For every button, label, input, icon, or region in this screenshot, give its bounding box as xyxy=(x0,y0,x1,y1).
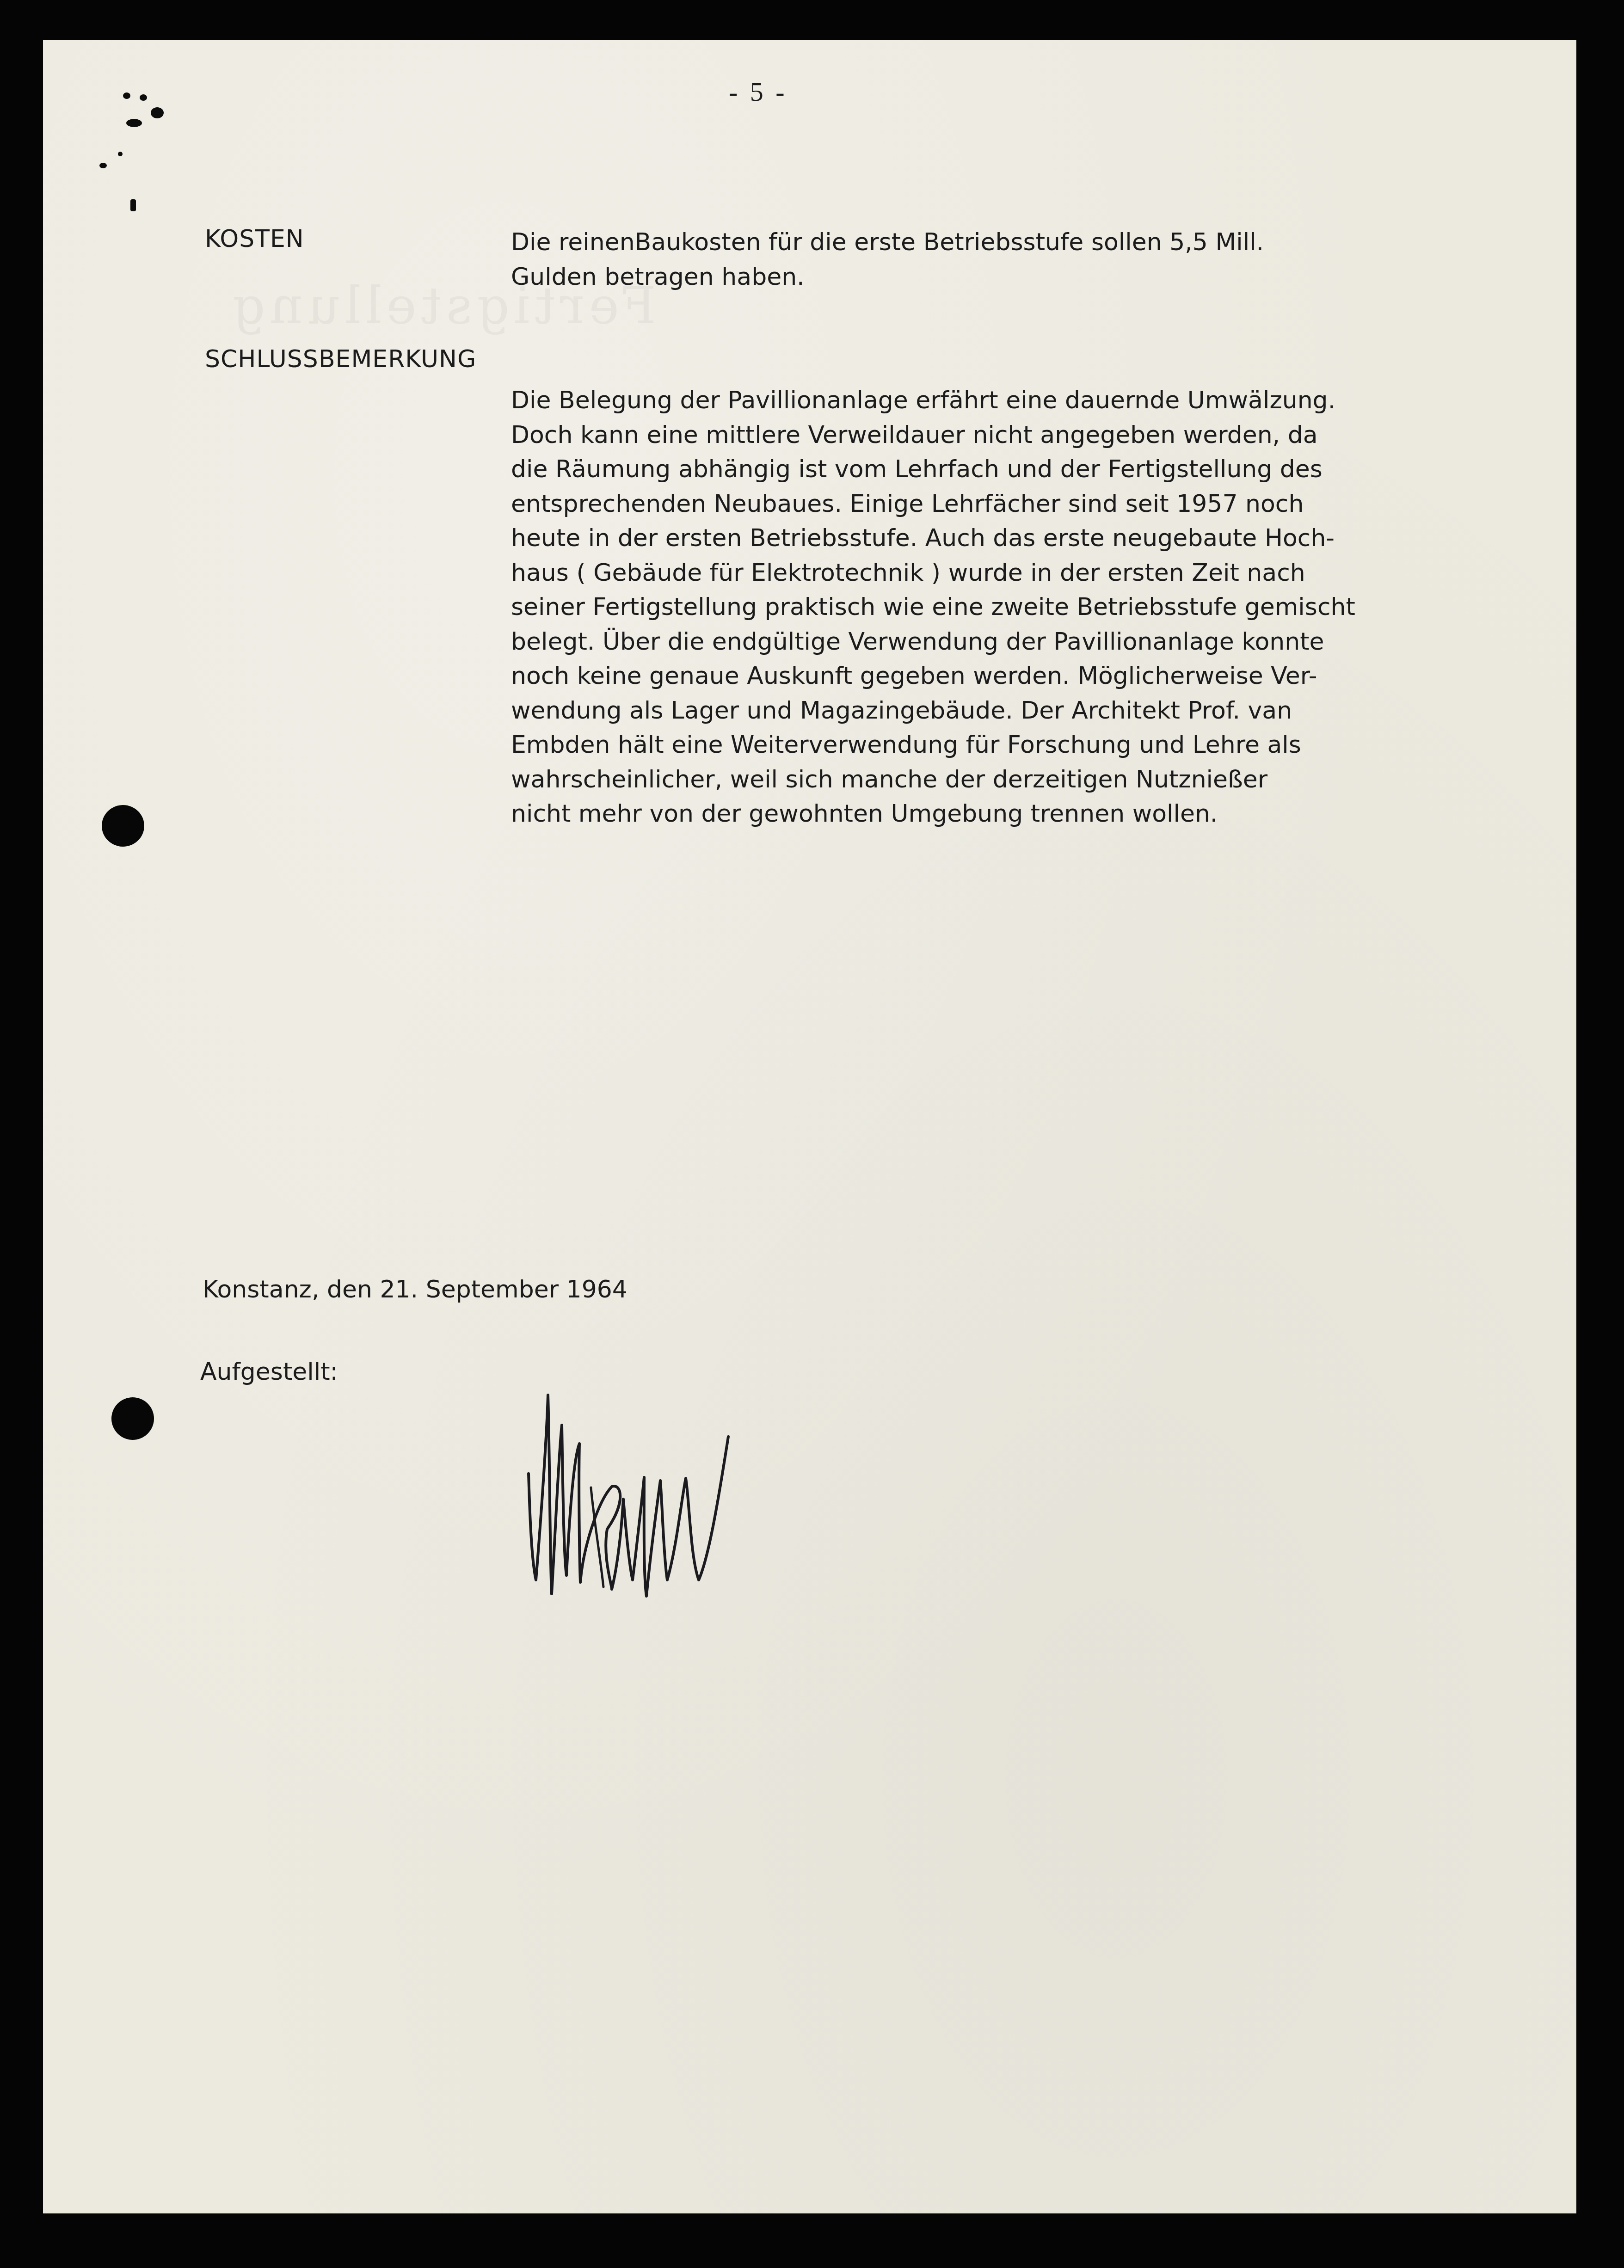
text-line: Gulden betragen haben. xyxy=(511,260,1264,295)
paper-speck xyxy=(130,199,136,211)
paper-speck xyxy=(151,107,164,118)
text-line: Die Belegung der Pavillionanlage erfährt… xyxy=(511,383,1355,418)
place-and-date: Konstanz, den 21. September 1964 xyxy=(203,1276,627,1303)
section-text-schlussbemerkung: Die Belegung der Pavillionanlage erfährt… xyxy=(511,383,1355,831)
paper-speck xyxy=(140,94,147,101)
document-page: Fertigstellung - 5 - KOSTEN Die reinenBa… xyxy=(43,40,1576,2213)
text-line: seiner Fertigstellung praktisch wie eine… xyxy=(511,590,1355,625)
paper-speck xyxy=(126,119,142,127)
text-line: wahrscheinlicher, weil sich manche der d… xyxy=(511,762,1355,797)
signature xyxy=(505,1363,922,1622)
text-line: Doch kann eine mittlere Verweildauer nic… xyxy=(511,418,1355,453)
text-line: noch keine genaue Auskunft gegeben werde… xyxy=(511,659,1355,694)
punch-hole-top xyxy=(102,805,144,847)
paper-speck xyxy=(118,152,123,156)
text-line: wendung als Lager und Magazingebäude. De… xyxy=(511,694,1355,728)
section-label-schlussbemerkung: SCHLUSSBEMERKUNG xyxy=(205,345,476,373)
text-line: nicht mehr von der gewohnten Umgebung tr… xyxy=(511,797,1355,831)
section-text-kosten: Die reinenBaukosten für die erste Betrie… xyxy=(511,225,1264,294)
paper-speck xyxy=(123,92,130,99)
text-line: entsprechenden Neubaues. Einige Lehrfäch… xyxy=(511,487,1355,522)
text-line: die Räumung abhängig ist vom Lehrfach un… xyxy=(511,452,1355,487)
text-line: belegt. Über die endgültige Verwendung d… xyxy=(511,625,1355,659)
section-label-kosten: KOSTEN xyxy=(205,225,304,253)
punch-hole-bottom xyxy=(111,1397,154,1440)
text-line: heute in der ersten Betriebsstufe. Auch … xyxy=(511,521,1355,556)
text-line: Die reinenBaukosten für die erste Betrie… xyxy=(511,225,1264,260)
prepared-by-label: Aufgestellt: xyxy=(200,1358,338,1386)
paper-speck xyxy=(99,163,107,168)
text-line: haus ( Gebäude für Elektrotechnik ) wurd… xyxy=(511,556,1355,590)
page-number: - 5 - xyxy=(729,76,787,107)
text-line: Embden hält eine Weiterverwendung für Fo… xyxy=(511,728,1355,762)
